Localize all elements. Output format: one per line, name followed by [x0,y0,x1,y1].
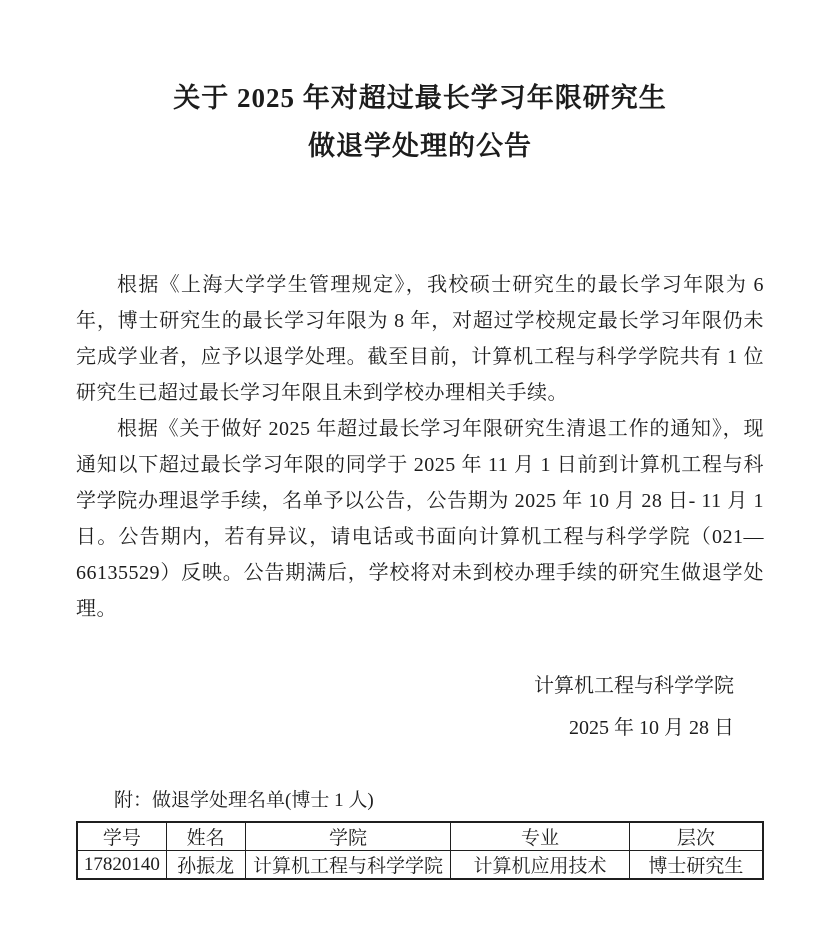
cell-college: 计算机工程与科学学院 [245,851,451,880]
cell-major: 计算机应用技术 [451,851,629,880]
title-line-1: 关于 2025 年对超过最长学习年限研究生 [76,74,764,122]
cell-level: 博士研究生 [629,851,763,880]
table-row: 17820140 孙振龙 计算机工程与科学学院 计算机应用技术 博士研究生 [77,851,763,880]
document-content: 关于 2025 年对超过最长学习年限研究生 做退学处理的公告 根据《上海大学学生… [0,74,830,880]
paragraph-2: 根据《关于做好 2025 年超过最长学习年限研究生清退工作的通知》，现通知以下超… [76,411,764,627]
document-page: 关于 2025 年对超过最长学习年限研究生 做退学处理的公告 根据《上海大学学生… [0,0,830,940]
header-student-id: 学号 [77,822,166,851]
header-name: 姓名 [166,822,245,851]
signature-block: 计算机工程与科学学院 2025 年 10 月 28 日 [76,665,764,749]
signature-date: 2025 年 10 月 28 日 [76,707,734,749]
header-college: 学院 [245,822,451,851]
cell-name: 孙振龙 [166,851,245,880]
body-text: 根据《上海大学学生管理规定》，我校硕士研究生的最长学习年限为 6 年，博士研究生… [76,267,764,627]
header-level: 层次 [629,822,763,851]
title-line-2: 做退学处理的公告 [76,122,764,170]
header-major: 专业 [451,822,629,851]
signature-organization: 计算机工程与科学学院 [76,665,734,707]
table-header-row: 学号 姓名 学院 专业 层次 [77,822,763,851]
cell-student-id: 17820140 [77,851,166,880]
attachment-label: 附：做退学处理名单(博士 1 人) [76,789,764,813]
paragraph-1: 根据《上海大学学生管理规定》，我校硕士研究生的最长学习年限为 6 年，博士研究生… [76,267,764,411]
withdrawal-roster-table: 学号 姓名 学院 专业 层次 17820140 孙振龙 计算机工程与科学学院 计… [76,821,764,880]
page-title: 关于 2025 年对超过最长学习年限研究生 做退学处理的公告 [76,74,764,170]
